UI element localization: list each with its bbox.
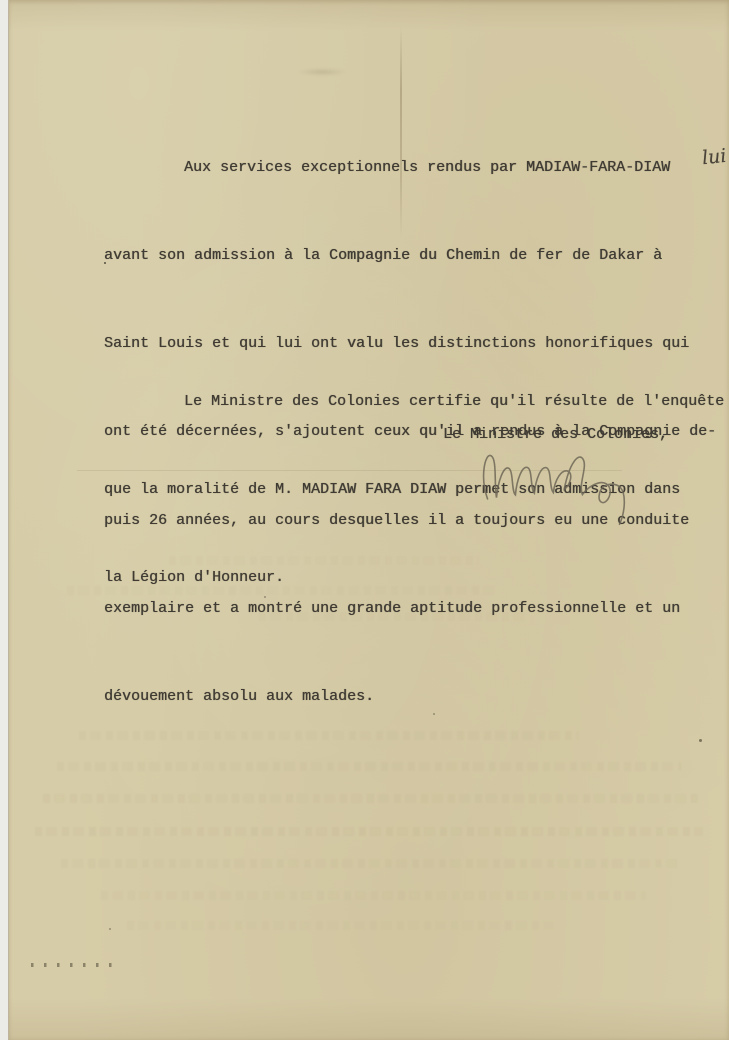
bleedthrough-text <box>67 586 497 595</box>
handwritten-insert: lui <box>701 145 728 169</box>
typed-line: avant son admission à la Compagnie du Ch… <box>104 241 716 270</box>
typed-line: dévouement absolu aux malades. <box>104 682 716 711</box>
ink-speck <box>104 262 106 264</box>
ink-speck <box>109 928 111 930</box>
bleedthrough-text <box>79 731 579 740</box>
document-paper: Aux services exceptionnels rendus par MA… <box>8 0 729 1040</box>
bleedthrough-text <box>43 794 698 803</box>
typed-line: Le Ministre des Colonies certifie qu'il … <box>104 387 724 416</box>
bleedthrough-text <box>57 762 682 771</box>
ink-speck <box>699 739 702 742</box>
typed-line: Aux services exceptionnels rendus par MA… <box>104 153 716 182</box>
scanned-page: Aux services exceptionnels rendus par MA… <box>0 0 729 1040</box>
bleedthrough-text <box>35 827 703 836</box>
ink-speck <box>433 713 435 715</box>
bleedthrough-text <box>127 921 557 930</box>
bleedthrough-text <box>169 556 479 565</box>
bleedthrough-text <box>259 612 529 621</box>
ink-smudge <box>297 68 347 76</box>
bleedthrough-text <box>61 859 681 868</box>
punch-dots <box>31 963 121 967</box>
bleedthrough-text <box>101 891 646 900</box>
minister-signature-icon <box>475 433 663 531</box>
ink-speck <box>264 596 266 598</box>
